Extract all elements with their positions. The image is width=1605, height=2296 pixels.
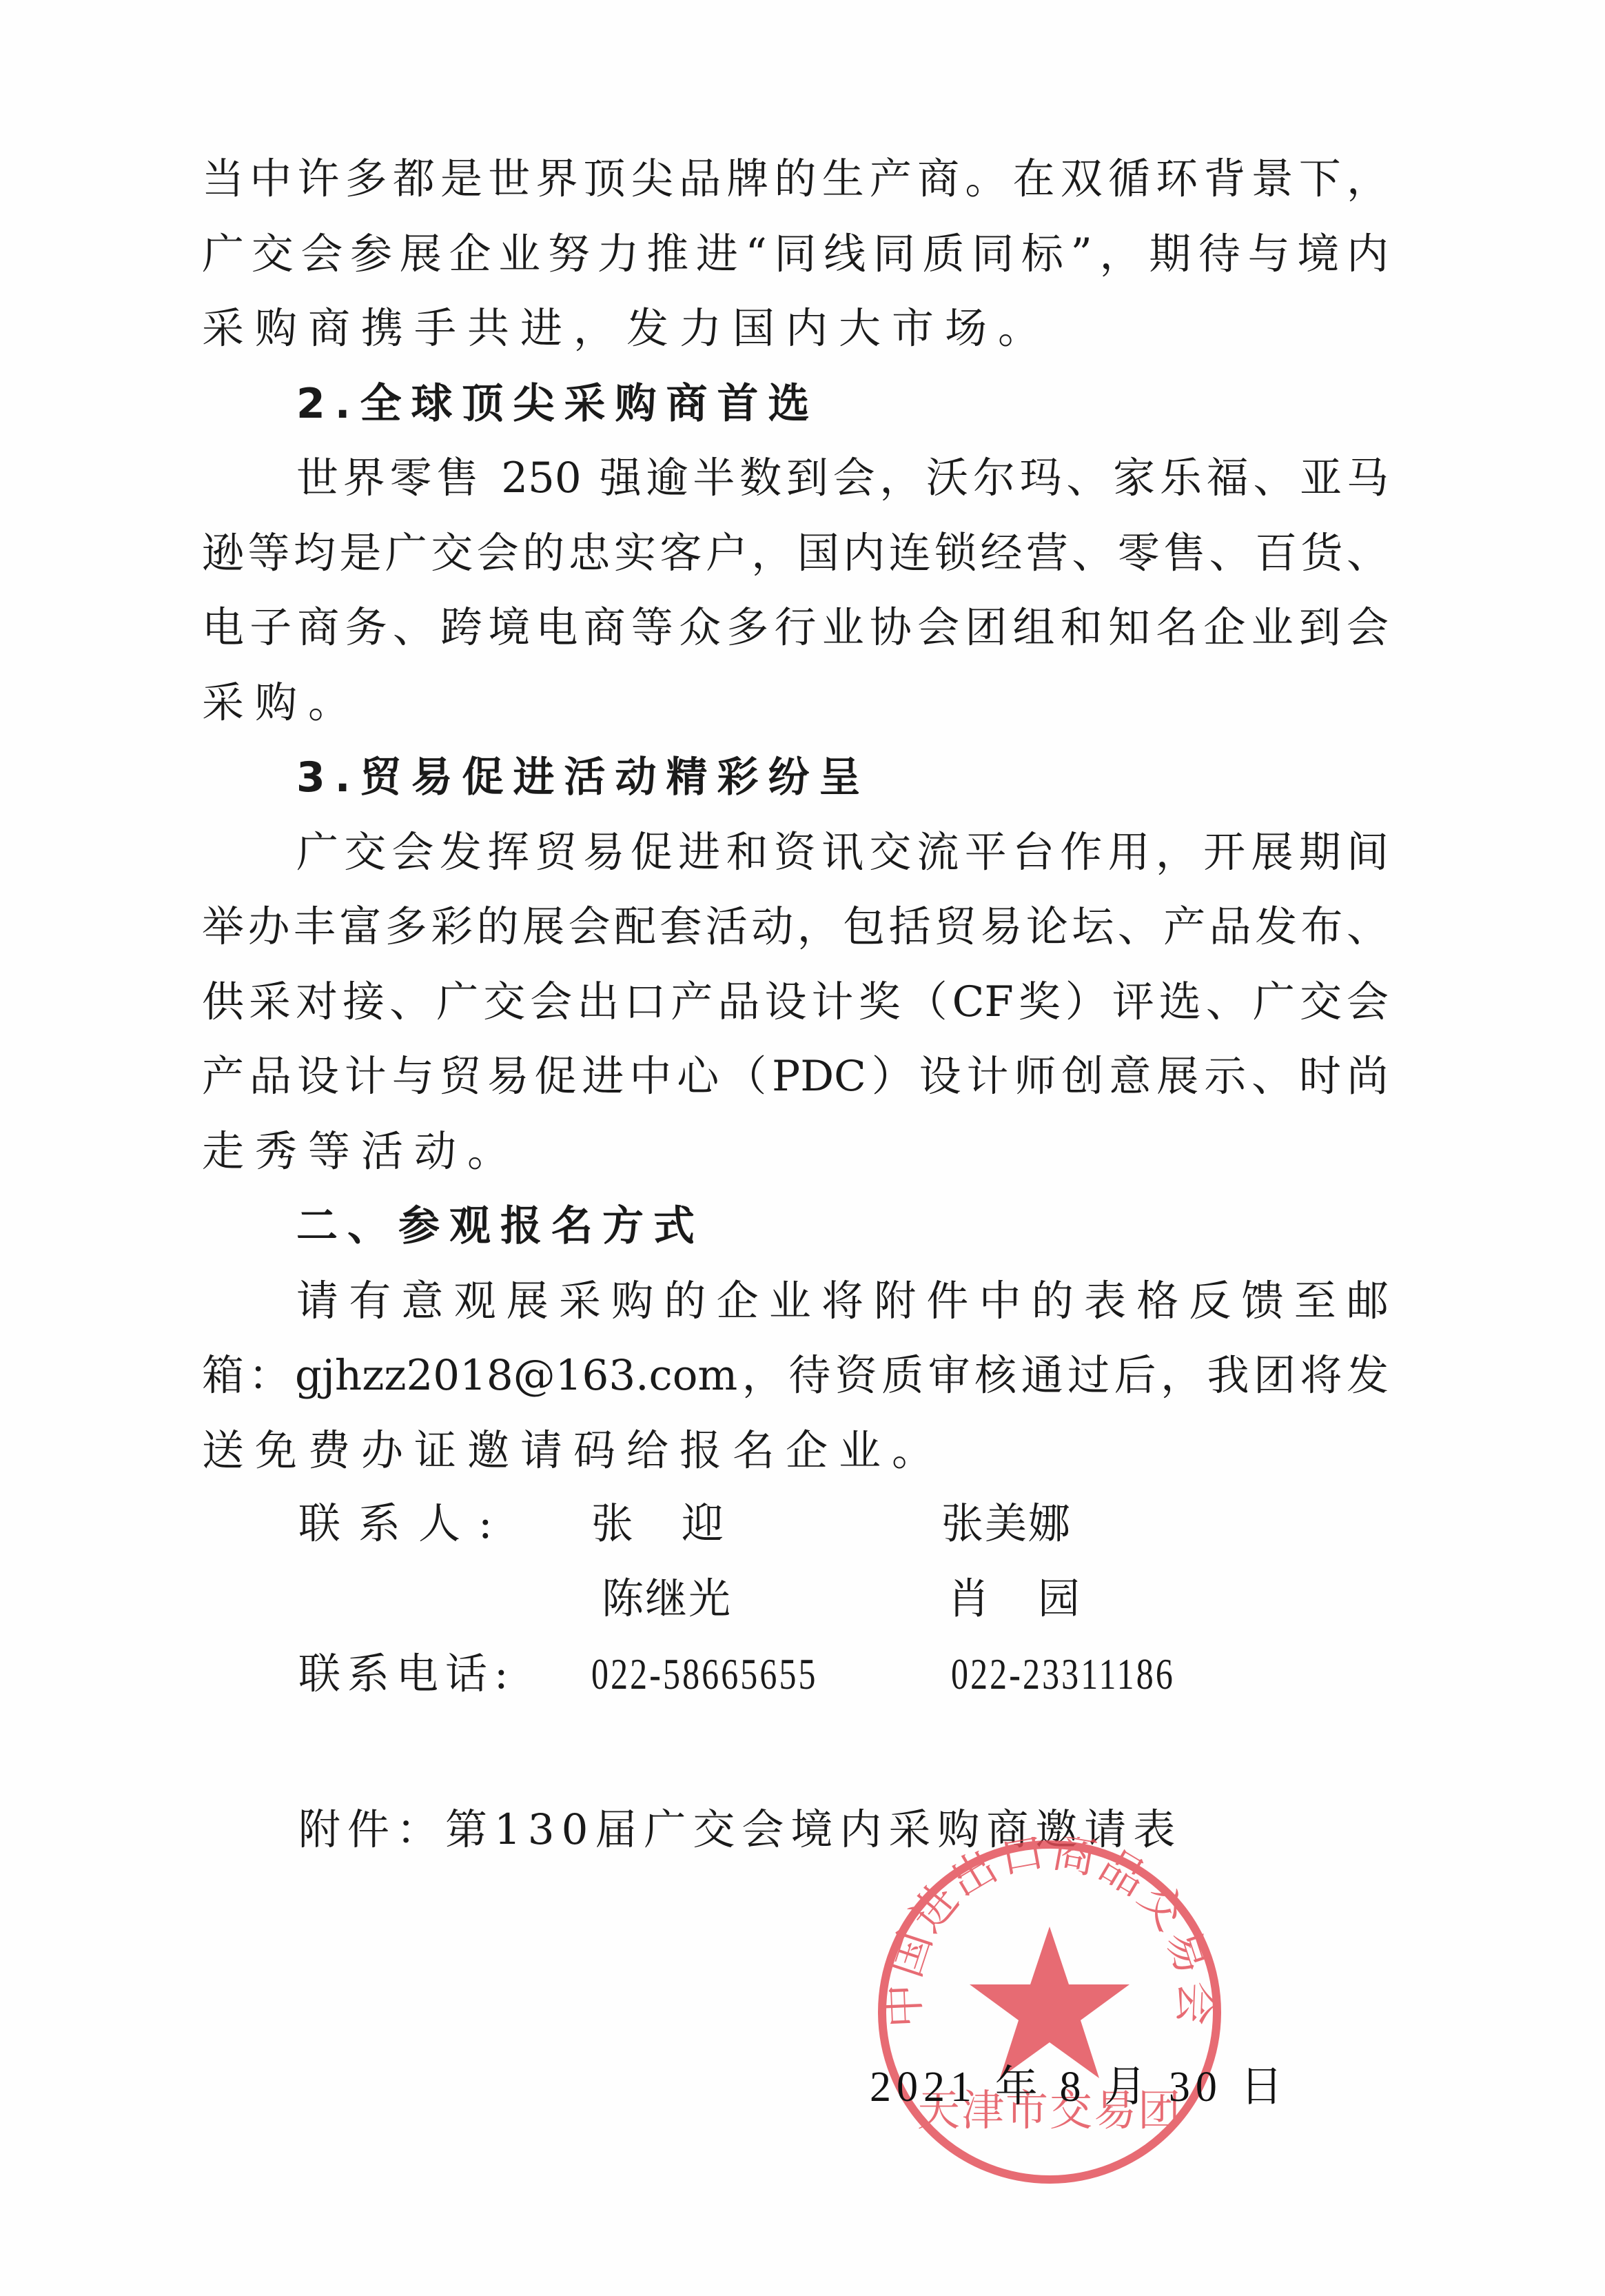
date-day: 30 bbox=[1169, 2064, 1223, 2111]
date-month: 8 bbox=[1059, 2064, 1086, 2111]
date-day-unit: 日 bbox=[1240, 2061, 1287, 2111]
contact-phone-number: 022-58665655 bbox=[591, 1650, 818, 1698]
contact-phone-number: 022-23311186 bbox=[951, 1650, 1175, 1698]
official-seal: 中国进出口商品交易会 天津市交易团 bbox=[875, 1837, 1225, 2187]
paragraph-line: 请有意观展采购的企业将附件中的表格反馈至邮 bbox=[202, 1264, 1389, 1339]
paragraph-line: 产品设计与贸易促进中心（PDC）设计师创意展示、时尚 bbox=[202, 1039, 1389, 1115]
date-year-unit: 年 bbox=[995, 2061, 1042, 2111]
paragraph-line: 采购商携手共进，发力国内大市场。 bbox=[202, 292, 1389, 367]
contact-name: 陈继光 bbox=[602, 1575, 732, 1623]
paragraph-line: 供采对接、广交会出口产品设计奖（CF奖）评选、广交会 bbox=[202, 965, 1389, 1040]
paragraph-line: 采购。 bbox=[202, 666, 1389, 741]
date-year: 2021 bbox=[870, 2064, 977, 2111]
star-icon bbox=[970, 1927, 1129, 2078]
section-heading-global-buyers: 2.全球顶尖采购商首选 bbox=[202, 367, 1389, 442]
paragraph-line: 走秀等活动。 bbox=[202, 1115, 1389, 1190]
contact-name: 肖园 bbox=[948, 1575, 1128, 1623]
contact-phone-label: 联系电话: bbox=[298, 1650, 515, 1698]
document-page: 当中许多都是世界顶尖品牌的生产商。在双循环背景下， 广交会参展企业努力推进“同线… bbox=[0, 0, 1605, 2296]
date-month-unit: 月 bbox=[1104, 2061, 1151, 2111]
paragraph-line: 广交会发挥贸易促进和资讯交流平台作用，开展期间 bbox=[202, 815, 1389, 891]
paragraph-line: 世界零售 250 强逾半数到会，沃尔玛、家乐福、亚马 bbox=[202, 441, 1389, 516]
contact-name: 张迎 bbox=[591, 1500, 772, 1548]
contact-person-label: 联系人: bbox=[298, 1500, 511, 1548]
paragraph-line: 逊等均是广交会的忠实客户，国内连锁经营、零售、百货、 bbox=[202, 516, 1389, 591]
section-heading-trade-promotion: 3.贸易促进活动精彩纷呈 bbox=[202, 740, 1389, 815]
paragraph-line: 送免费办证邀请码给报名企业。 bbox=[202, 1414, 1389, 1489]
section-heading-registration: 二、参观报名方式 bbox=[202, 1189, 1389, 1264]
paragraph-line: 举办丰富多彩的展会配套活动，包括贸易论坛、产品发布、 bbox=[202, 890, 1389, 965]
paragraph-line: 广交会参展企业努力推进“同线同质同标”，期待与境内 bbox=[202, 217, 1389, 292]
document-date: 2021 年 8 月 30 日 bbox=[870, 2061, 1287, 2113]
paragraph-line: 当中许多都是世界顶尖品牌的生产商。在双循环背景下， bbox=[202, 142, 1389, 217]
paragraph-line: 电子商务、跨境电商等众多行业协会团组和知名企业到会 bbox=[202, 591, 1389, 666]
paragraph-line-email: 箱：gjhzz2018@163.com，待资质审核通过后，我团将发 bbox=[202, 1339, 1389, 1414]
body-text: 当中许多都是世界顶尖品牌的生产商。在双循环背景下， 广交会参展企业努力推进“同线… bbox=[202, 142, 1389, 1488]
contact-name: 张美娜 bbox=[941, 1500, 1072, 1548]
